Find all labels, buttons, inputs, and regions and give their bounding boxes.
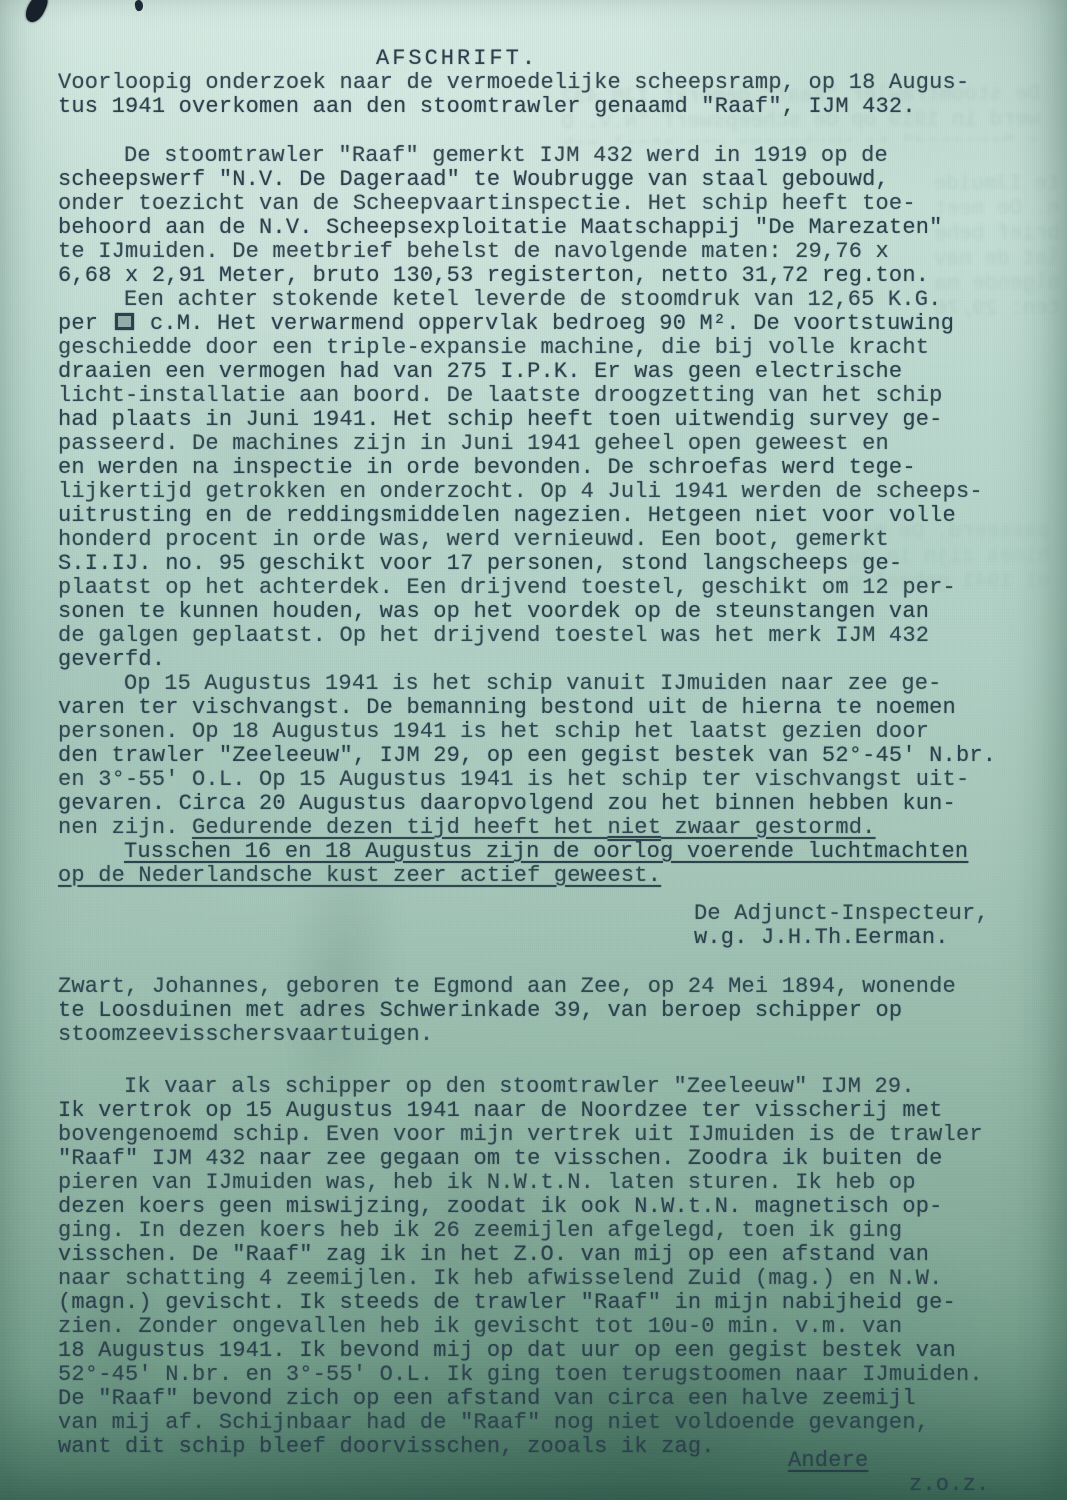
text-line: Voorloopig onderzoek naar de vermoedelij… (58, 71, 1067, 95)
text-line: varen ter vischvangst. De bemanning best… (58, 696, 1067, 720)
text-line: ging. In dezen koers heb ik 26 zeemijlen… (58, 1219, 1067, 1243)
text-line: Zwart, Johannes, geboren te Egmond aan Z… (58, 975, 1067, 999)
text-segment: uitrusting en de reddingsmiddelen nagezi… (58, 503, 956, 528)
text-line: draaien een vermogen had van 275 I.P.K. … (58, 360, 1067, 384)
text-line: de galgen geplaatst. Op het drijvend toe… (58, 624, 1067, 648)
text-line: De "Raaf" bevond zich op een afstand van… (58, 1387, 1067, 1411)
text-segment: sonen te kunnen houden, was op het voord… (58, 599, 929, 624)
text-segment: dezen koers geen miswijzing, zoodat ik o… (58, 1194, 943, 1219)
signature-block: De Adjunct-Inspecteur,w.g. J.H.Th.Eerman… (694, 902, 1067, 950)
text-segment: onder toezicht van de Scheepvaartinspect… (58, 191, 916, 216)
text-line: behoord aan de N.V. Scheepsexploitatie M… (58, 216, 1067, 240)
text-segment: w.g. J.H.Th.Eerman. (694, 925, 949, 950)
text-line: geschiedde door een triple-expansie mach… (58, 336, 1067, 360)
text-segment: op de Nederlandsche kust zeer actief gew… (58, 863, 661, 888)
text-line: De stoomtrawler "Raaf" gemerkt IJM 432 w… (58, 144, 1067, 168)
text-segment: behoord aan de N.V. Scheepsexploitatie M… (58, 215, 943, 240)
text-line: en werden na inspectie in orde bevonden.… (58, 456, 1067, 480)
text-segment: tus 1941 overkomen aan den stoomtrawler … (58, 94, 916, 119)
text-segment: 52°-45' N.br. en 3°-55' O.L. Ik ging toe… (58, 1362, 983, 1387)
text-segment: plaatst op het achterdek. Een drijvend t… (58, 575, 956, 600)
text-line: personen. Op 18 Augustus 1941 is het sch… (58, 720, 1067, 744)
text-line: Ik vertrok op 15 Augustus 1941 naar de N… (58, 1099, 1067, 1123)
text-segment: zwaar gestormd. (661, 815, 875, 840)
text-line: passeerd. De machines zijn in Juni 1941 … (58, 432, 1067, 456)
text-segment: en 3°-55' O.L. Op 15 Augustus 1941 is he… (58, 767, 969, 792)
text-line: Andere (788, 1449, 1067, 1473)
text-segment: personen. Op 18 Augustus 1941 is het sch… (58, 719, 929, 744)
text-line: gevaren. Circa 20 Augustus daaropvolgend… (58, 792, 1067, 816)
text-line: scheepswerf "N.V. De Dageraad" te Woubru… (58, 168, 1067, 192)
text-line: stoomzeevisschersvaartuigen. (58, 1023, 1067, 1047)
text-segment: Zwart, Johannes, geboren te Egmond aan Z… (58, 974, 956, 999)
paragraph: De stoomtrawler "Raaf" gemerkt IJM 432 w… (58, 144, 1067, 288)
text-line: z.o.z. (909, 1473, 1067, 1497)
text-line: dezen koers geen miswijzing, zoodat ik o… (58, 1195, 1067, 1219)
text-segment: S.I.IJ. no. 95 geschikt voor 17 personen… (58, 551, 902, 576)
text-segment: z.o.z. (909, 1472, 989, 1497)
text-line: plaatst op het achterdek. Een drijvend t… (58, 576, 1067, 600)
text-line: (magn.) gevischt. Ik steeds de trawler "… (58, 1291, 1067, 1315)
text-line: pieren van IJmuiden was, heb ik N.W.t.N.… (58, 1171, 1067, 1195)
text-segment: varen ter vischvangst. De bemanning best… (58, 695, 956, 720)
text-line: 18 Augustus 1941. Ik bevond mij op dat u… (58, 1339, 1067, 1363)
text-line: "Raaf" IJM 432 naar zee gegaan om te vis… (58, 1147, 1067, 1171)
paragraph: Zwart, Johannes, geboren te Egmond aan Z… (58, 975, 1067, 1047)
scanned-page: De stoomtrawler "Raaf" gemerkt IJM 432 w… (0, 0, 1067, 1500)
text-line: De Adjunct-Inspecteur, (694, 902, 1067, 926)
text-segment: passeerd. De machines zijn in Juni 1941 … (58, 431, 889, 456)
text-line: S.I.IJ. no. 95 geschikt voor 17 personen… (58, 552, 1067, 576)
text-segment: lijkertijd getrokken en onderzocht. Op 4… (58, 479, 983, 504)
text-line: en 3°-55' O.L. Op 15 Augustus 1941 is he… (58, 768, 1067, 792)
text-segment: Voorloopig onderzoek naar de vermoedelij… (58, 70, 969, 95)
text-segment: Tusschen 16 en 18 Augustus zijn de oorlo… (124, 839, 968, 864)
text-segment: geschiedde door een triple-expansie mach… (58, 335, 929, 360)
text-line: visschen. De "Raaf" zag ik in het Z.O. v… (58, 1243, 1067, 1267)
text-line: licht-installatie aan boord. De laatste … (58, 384, 1067, 408)
zoz-note: z.o.z. (909, 1473, 1067, 1497)
text-segment: Op 15 Augustus 1941 is het schip vanuit … (124, 671, 942, 696)
text-line: Ik vaar als schipper op den stoomtrawler… (58, 1075, 1067, 1099)
text-line: nen zijn. Gedurende dezen tijd heeft het… (58, 816, 1067, 840)
document-body: Voorloopig onderzoek naar de vermoedelij… (58, 71, 1067, 1497)
text-segment: "Raaf" IJM 432 naar zee gegaan om te vis… (58, 1146, 943, 1171)
text-segment: ging. In dezen koers heb ik 26 zeemijlen… (58, 1218, 902, 1243)
text-line: 6,68 x 2,91 Meter, bruto 130,53 register… (58, 264, 1067, 288)
text-segment: Gedurende dezen tijd heeft het (192, 815, 607, 840)
text-segment: De "Raaf" bevond zich op een afstand van… (58, 1386, 916, 1411)
square-symbol (115, 313, 134, 330)
text-segment: stoomzeevisschersvaartuigen. (58, 1022, 433, 1047)
page-title: AFSCHRIFT. (376, 46, 1067, 71)
text-segment: van mij af. Schijnbaar had de "Raaf" nog… (58, 1410, 929, 1435)
text-segment: Ik vaar als schipper op den stoomtrawler… (124, 1074, 915, 1099)
text-segment: De Adjunct-Inspecteur, (694, 901, 989, 926)
text-segment: visschen. De "Raaf" zag ik in het Z.O. v… (58, 1242, 929, 1267)
text-line: honderd procent in orde was, werd vernie… (58, 528, 1067, 552)
text-segment: licht-installatie aan boord. De laatste … (58, 383, 943, 408)
text-line: had plaats in Juni 1941. Het schip heeft… (58, 408, 1067, 432)
text-segment: den trawler "Zeeleeuw", IJM 29, op een g… (58, 743, 996, 768)
text-segment: te IJmuiden. De meetbrief behelst de nav… (58, 239, 889, 264)
text-segment: Ik vertrok op 15 Augustus 1941 naar de N… (58, 1098, 943, 1123)
text-segment: had plaats in Juni 1941. Het schip heeft… (58, 407, 943, 432)
text-line: Op 15 Augustus 1941 is het schip vanuit … (58, 672, 1067, 696)
text-segment: want dit schip bleef doorvisschen, zooal… (58, 1434, 715, 1459)
text-line: tus 1941 overkomen aan den stoomtrawler … (58, 95, 1067, 119)
text-line: uitrusting en de reddingsmiddelen nagezi… (58, 504, 1067, 528)
text-line: Tusschen 16 en 18 Augustus zijn de oorlo… (58, 840, 1067, 864)
text-segment: bovengenoemd schip. Even voor mijn vertr… (58, 1122, 983, 1147)
text-segment: Een achter stokende ketel leverde de sto… (124, 287, 942, 312)
paragraph: Voorloopig onderzoek naar de vermoedelij… (58, 71, 1067, 119)
text-line: zien. Zonder ongevallen heb ik gevischt … (58, 1315, 1067, 1339)
text-segment: c.M. Het verwarmend oppervlak bedroeg 90… (137, 311, 955, 336)
text-segment: niet (608, 815, 662, 840)
text-line: naar schatting 4 zeemijlen. Ik heb afwis… (58, 1267, 1067, 1291)
text-segment: De stoomtrawler "Raaf" gemerkt IJM 432 w… (124, 143, 888, 168)
text-line: geverfd. (58, 648, 1067, 672)
continuation-note: Andere (788, 1449, 1067, 1473)
document-text: AFSCHRIFT. Voorloopig onderzoek naar de … (0, 0, 1067, 1497)
text-line: per c.M. Het verwarmend oppervlak bedroe… (58, 312, 1067, 336)
text-line: lijkertijd getrokken en onderzocht. Op 4… (58, 480, 1067, 504)
paragraph: Een achter stokende ketel leverde de sto… (58, 288, 1067, 672)
text-segment: 18 Augustus 1941. Ik bevond mij op dat u… (58, 1338, 956, 1363)
text-segment: naar schatting 4 zeemijlen. Ik heb afwis… (58, 1266, 943, 1291)
text-line: onder toezicht van de Scheepvaartinspect… (58, 192, 1067, 216)
paragraph: Ik vaar als schipper op den stoomtrawler… (58, 1075, 1067, 1459)
text-segment: pieren van IJmuiden was, heb ik N.W.t.N.… (58, 1170, 916, 1195)
text-segment: scheepswerf "N.V. De Dageraad" te Woubru… (58, 167, 889, 192)
text-line: 52°-45' N.br. en 3°-55' O.L. Ik ging toe… (58, 1363, 1067, 1387)
text-segment: 6,68 x 2,91 Meter, bruto 130,53 register… (58, 263, 929, 288)
text-segment: draaien een vermogen had van 275 I.P.K. … (58, 359, 902, 384)
text-segment: geverfd. (58, 647, 165, 672)
text-line: te IJmuiden. De meetbrief behelst de nav… (58, 240, 1067, 264)
text-line: bovengenoemd schip. Even voor mijn vertr… (58, 1123, 1067, 1147)
text-line: Een achter stokende ketel leverde de sto… (58, 288, 1067, 312)
text-segment: per (58, 311, 112, 336)
text-segment: zien. Zonder ongevallen heb ik gevischt … (58, 1314, 902, 1339)
text-segment: Andere (788, 1448, 868, 1473)
text-line: den trawler "Zeeleeuw", IJM 29, op een g… (58, 744, 1067, 768)
text-line: van mij af. Schijnbaar had de "Raaf" nog… (58, 1411, 1067, 1435)
paragraph: Op 15 Augustus 1941 is het schip vanuit … (58, 672, 1067, 888)
text-line: sonen te kunnen houden, was op het voord… (58, 600, 1067, 624)
text-segment: te Loosduinen met adres Schwerinkade 39,… (58, 998, 902, 1023)
text-segment: honderd procent in orde was, werd vernie… (58, 527, 889, 552)
text-segment: gevaren. Circa 20 Augustus daaropvolgend… (58, 791, 956, 816)
text-segment: nen zijn. (58, 815, 192, 840)
text-segment: en werden na inspectie in orde bevonden.… (58, 455, 916, 480)
text-line: te Loosduinen met adres Schwerinkade 39,… (58, 999, 1067, 1023)
text-line: w.g. J.H.Th.Eerman. (694, 926, 1067, 950)
text-segment: (magn.) gevischt. Ik steeds de trawler "… (58, 1290, 956, 1315)
text-line: op de Nederlandsche kust zeer actief gew… (58, 864, 1067, 888)
text-segment: de galgen geplaatst. Op het drijvend toe… (58, 623, 929, 648)
